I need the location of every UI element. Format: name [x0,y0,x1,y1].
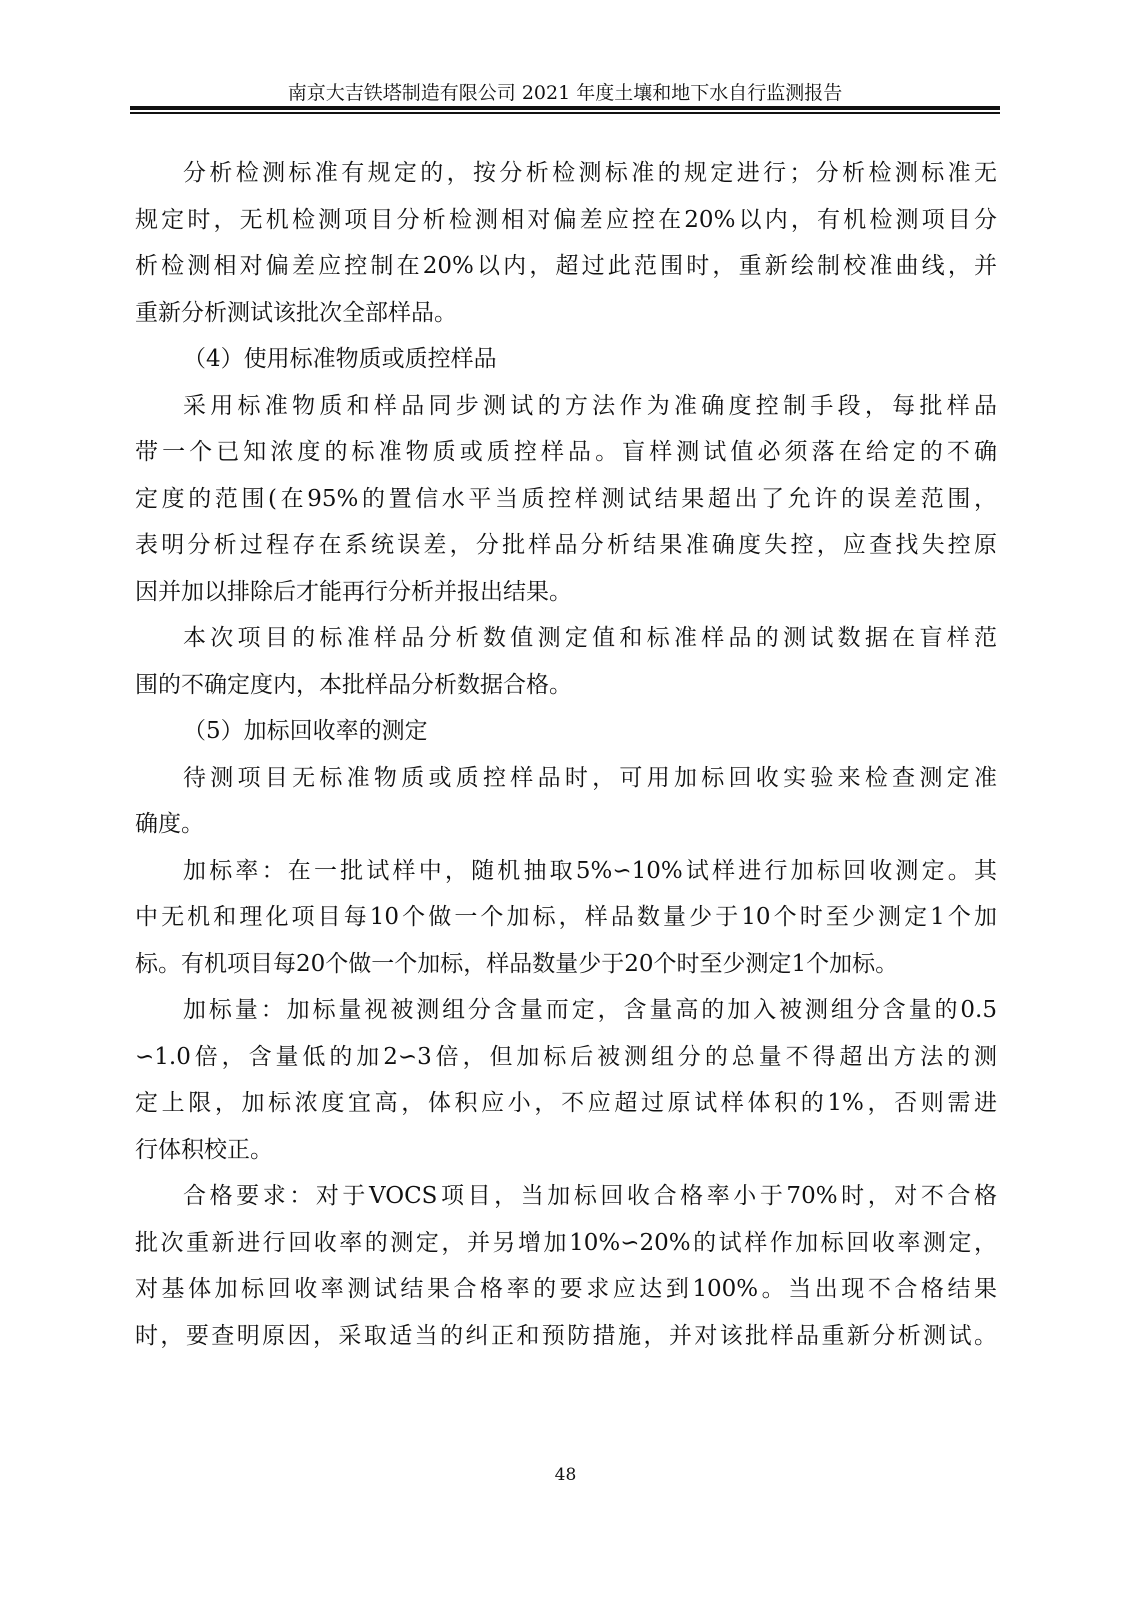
paragraph: 合格要求：对于VOCS项目，当加标回收合格率小于70%时，对不合格 批次重新进行… [135,1173,997,1359]
text-line: 行体积校正。 [135,1127,997,1174]
text-line: 时，要查明原因，采取适当的纠正和预防措施，并对该批样品重新分析测试。 [135,1313,997,1360]
text-line: 采用标准物质和样品同步测试的方法作为准确度控制手段，每批样品 [135,383,997,430]
text-line: 待测项目无标准物质或质控样品时，可用加标回收实验来检查测定准 [135,755,997,802]
text-line: 标。有机项目每20个做一个加标，样品数量少于20个时至少测定1个加标。 [135,941,997,988]
section-heading: （4）使用标准物质或质控样品 [135,336,997,383]
header-rule-thin [130,112,1000,114]
heading-text: （4）使用标准物质或质控样品 [135,336,997,383]
paragraph: 待测项目无标准物质或质控样品时，可用加标回收实验来检查测定准 确度。 [135,755,997,848]
text-line: 规定时，无机检测项目分析检测相对偏差应控在20%以内，有机检测项目分 [135,197,997,244]
text-line: 因并加以排除后才能再行分析并报出结果。 [135,569,997,616]
text-line: 定度的范围(在95%的置信水平当质控样测试结果超出了允许的误差范围， [135,476,997,523]
text-line: 分析检测标准有规定的，按分析检测标准的规定进行；分析检测标准无 [135,150,997,197]
document-body: 分析检测标准有规定的，按分析检测标准的规定进行；分析检测标准无 规定时，无机检测… [135,150,997,1359]
text-line: 表明分析过程存在系统误差，分批样品分析结果准确度失控，应查找失控原 [135,522,997,569]
text-line: 重新分析测试该批次全部样品。 [135,290,997,337]
text-line: 对基体加标回收率测试结果合格率的要求应达到100%。当出现不合格结果 [135,1266,997,1313]
text-line: 析检测相对偏差应控制在20%以内，超过此范围时，重新绘制校准曲线，并 [135,243,997,290]
heading-text: （5）加标回收率的测定 [135,708,997,755]
text-line: 加标量：加标量视被测组分含量而定，含量高的加入被测组分含量的0.5 [135,987,997,1034]
text-line: 确度。 [135,801,997,848]
paragraph: 分析检测标准有规定的，按分析检测标准的规定进行；分析检测标准无 规定时，无机检测… [135,150,997,336]
paragraph: 加标量：加标量视被测组分含量而定，含量高的加入被测组分含量的0.5 ∽1.0倍，… [135,987,997,1173]
header-rule-thick [130,106,1000,110]
paragraph: 采用标准物质和样品同步测试的方法作为准确度控制手段，每批样品 带一个已知浓度的标… [135,383,997,616]
paragraph: 加标率：在一批试样中，随机抽取5%∽10%试样进行加标回收测定。其 中无机和理化… [135,848,997,988]
text-line: 中无机和理化项目每10个做一个加标，样品数量少于10个时至少测定1个加 [135,894,997,941]
page-number: 48 [0,1465,1131,1485]
text-line: 带一个已知浓度的标准物质或质控样品。盲样测试值必须落在给定的不确 [135,429,997,476]
document-header-title: 南京大吉铁塔制造有限公司 2021 年度土壤和地下水自行监测报告 [130,78,1000,105]
text-line: 围的不确定度内，本批样品分析数据合格。 [135,662,997,709]
section-heading: （5）加标回收率的测定 [135,708,997,755]
text-line: 合格要求：对于VOCS项目，当加标回收合格率小于70%时，对不合格 [135,1173,997,1220]
text-line: 本次项目的标准样品分析数值测定值和标准样品的测试数据在盲样范 [135,615,997,662]
paragraph: 本次项目的标准样品分析数值测定值和标准样品的测试数据在盲样范 围的不确定度内，本… [135,615,997,708]
text-line: 批次重新进行回收率的测定，并另增加10%∽20%的试样作加标回收率测定， [135,1220,997,1267]
text-line: 加标率：在一批试样中，随机抽取5%∽10%试样进行加标回收测定。其 [135,848,997,895]
text-line: ∽1.0倍，含量低的加2∽3倍，但加标后被测组分的总量不得超出方法的测 [135,1034,997,1081]
text-line: 定上限，加标浓度宜高，体积应小，不应超过原试样体积的1%，否则需进 [135,1080,997,1127]
